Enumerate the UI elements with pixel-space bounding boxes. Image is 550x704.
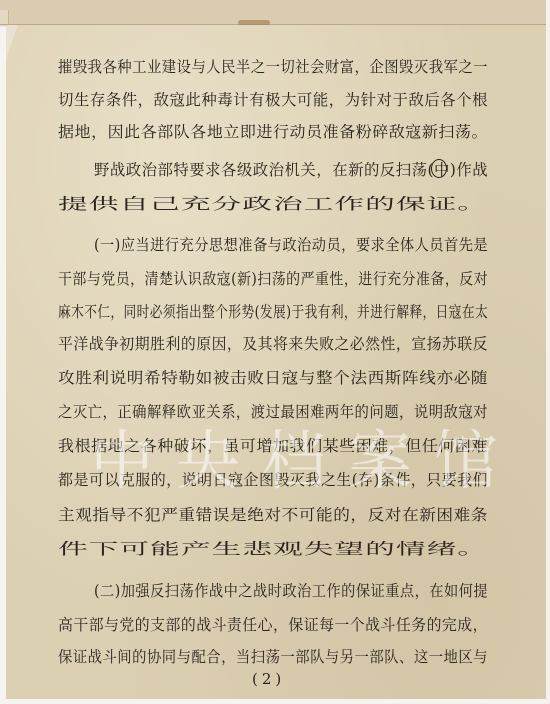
text-line: 件下可能产生悲观失望的情绪。: [58, 540, 488, 558]
text-line: 我根据地之各种破坏，虽可增加我们某些困难，但任何困难: [58, 437, 488, 455]
attached-paper-strip: [0, 0, 546, 25]
text-line: 之灭亡，正确解释欧亚关系，渡过最困难两年的问题，说明敌寇对: [58, 403, 488, 421]
text-line: 提供自己充分政治工作的保证。: [58, 195, 488, 213]
page-number: (2): [252, 670, 285, 688]
text-line: (一)应当进行充分思想准备与政治动员，要求全体人员首先是: [94, 236, 488, 254]
ink-stain: [238, 20, 270, 25]
text-line: (二)加强反扫荡作战中之战时政治工作的保证重点，在如何提: [94, 582, 488, 600]
text-line: 攻胜利说明希特勒如被击败日寇与整个法西斯阵线亦必随: [58, 369, 488, 387]
text-line: 野战政治部特要求各级政治机关，在新的反扫荡(中)作战: [94, 161, 488, 179]
text-line: 保证战斗间的协同与配合，当扫荡一部队与另一部队、这一地区与: [58, 648, 488, 666]
text-line: 都是可以克服的，说明日寇企图毁灭我之生(存)条件，只要我们: [58, 471, 488, 489]
text-line: 切生存条件，敌寇此种毒计有极大可能，为针对于敌后各个根: [58, 91, 488, 109]
paper-tab: [0, 10, 9, 24]
text-line: 高干部与党的支部的战斗责任心，保证每一个战斗任务的完成，: [58, 616, 488, 634]
text-line: 平洋战争初期胜利的原因，及其将来失败之必然性，宣扬苏联反: [58, 335, 488, 353]
circled-correction-mark: [431, 159, 447, 178]
document-scan: 摧毁我各种工业建设与人民半之一切社会财富，企图毁灭我军之一 切生存条件，敌寇此种…: [0, 0, 550, 704]
text-line: 干部与党员，清楚认识敌寇(新)扫荡的严重性，进行充分准备，反对: [58, 270, 488, 288]
text-line: 摧毁我各种工业建设与人民半之一切社会财富，企图毁灭我军之一: [58, 58, 488, 76]
scan-margin: [546, 0, 550, 704]
text-line: 主观指导不犯严重错误是绝对不可能的，反对在新困难条: [58, 506, 488, 524]
text-line: 麻木不仁，同时必须指出整个形势(发展)于我有利，并进行解释，日寇在太: [58, 303, 488, 321]
text-line: 据地，因此各部队各地立即进行动员准备粉碎敌寇新扫荡。: [58, 123, 488, 141]
